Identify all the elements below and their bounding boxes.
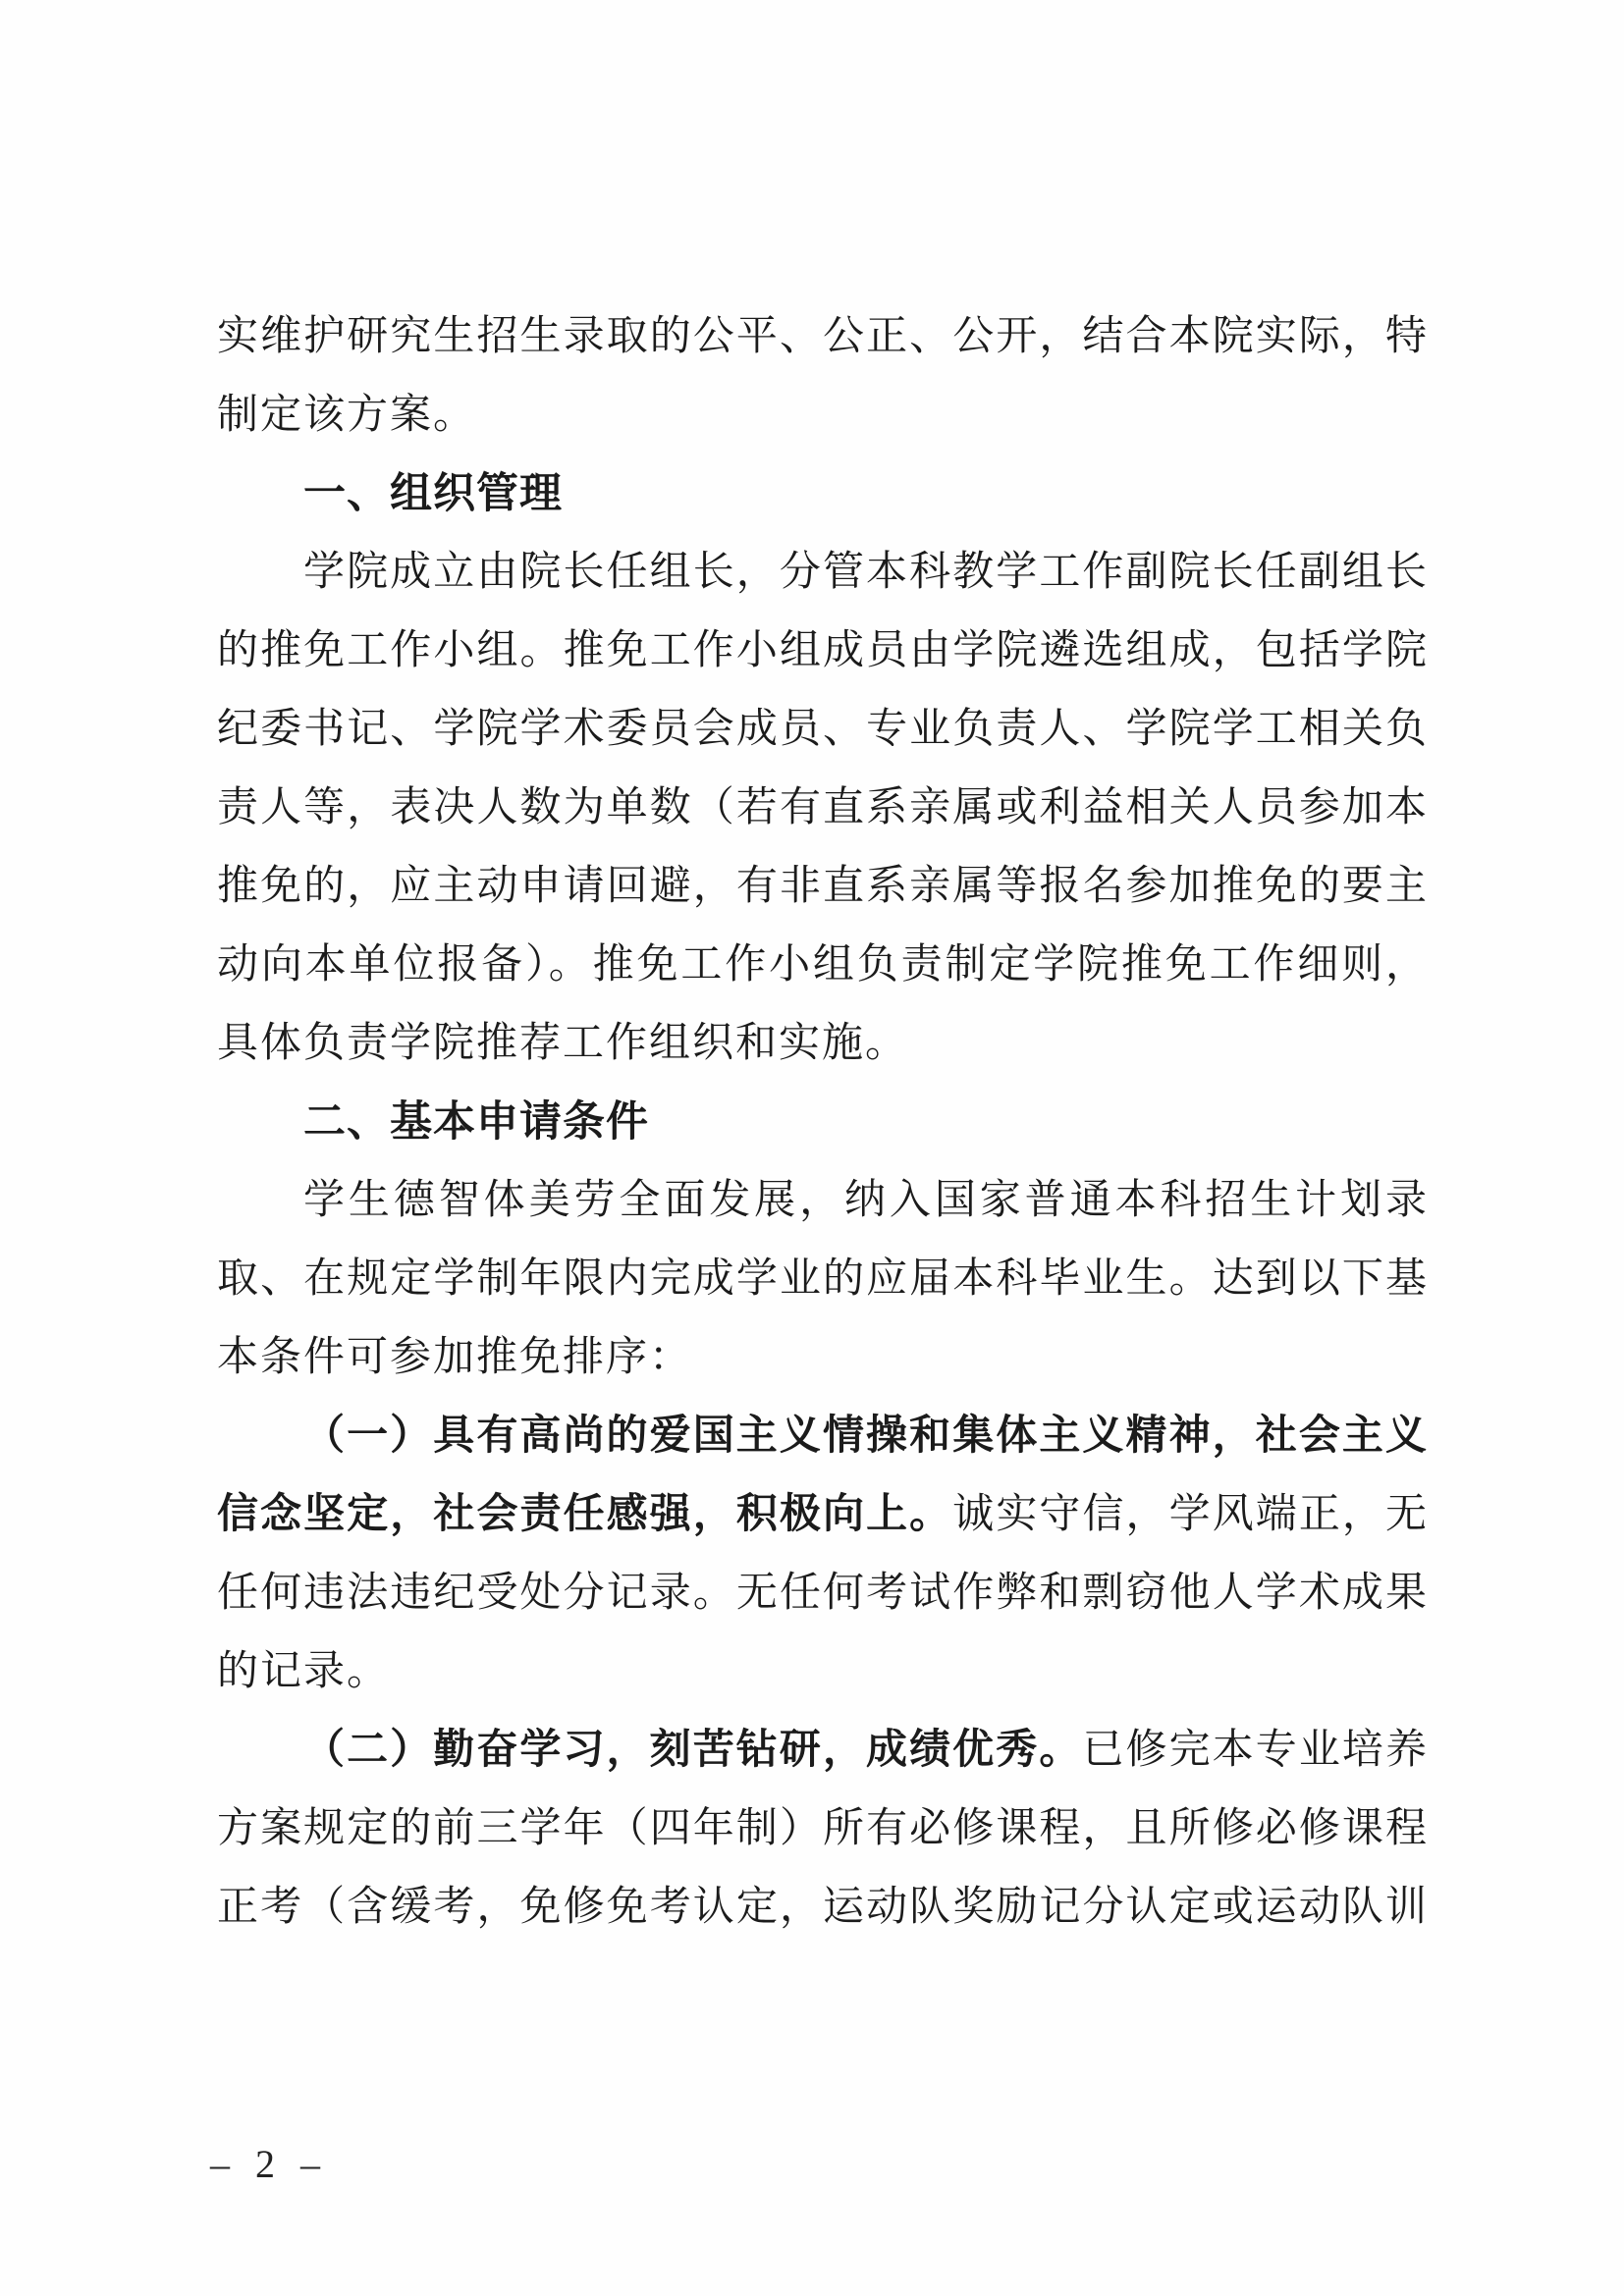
document-body: 实维护研究生招生录取的公平、公正、公开，结合本院实际，特 制定该方案。 一、组织… — [217, 297, 1427, 1947]
body-line-07-text: 责人等，表决人数为单数（若有直系亲属或利益相关人员参加本 — [217, 785, 1427, 830]
body-line-19-text: 已修完本专业培养 — [1082, 1728, 1427, 1773]
body-line-12-text: 学生德智体美劳全面发展，纳入国家普通本科招生计划录 — [303, 1178, 1427, 1223]
body-line-05: 的推免工作小组。推免工作小组成员由学院遴选组成，包括学院 — [217, 612, 1427, 690]
body-line-10-text: 具体负责学院推荐工作组织和实施。 — [217, 1021, 908, 1066]
section-heading-2-text: 二、基本申请条件 — [303, 1098, 649, 1146]
body-line-19-bold-text: （二）勤奋学习，刻苦钻研，成绩优秀。 — [303, 1728, 1082, 1773]
body-line-17: 任何违法违纪受处分记录。无任何考试作弊和剽窃他人学术成果 — [217, 1554, 1427, 1632]
body-line-14-text: 本条件可参加推免排序： — [217, 1335, 692, 1380]
body-line-10: 具体负责学院推荐工作组织和实施。 — [217, 1004, 1427, 1083]
body-line-09: 动向本单位报备）。推免工作小组负责制定学院推免工作细则， — [217, 926, 1427, 1004]
body-line-17-text: 任何违法违纪受处分记录。无任何考试作弊和剽窃他人学术成果 — [217, 1571, 1427, 1616]
section-heading-1-text: 一、组织管理 — [303, 470, 563, 517]
body-line-13: 取、在规定学制年限内完成学业的应届本科毕业生。达到以下基 — [217, 1240, 1427, 1318]
body-line-02-text: 制定该方案。 — [217, 393, 476, 438]
body-line-06-text: 纪委书记、学院学术委员会成员、专业负责人、学院学工相关负 — [217, 707, 1427, 752]
body-line-16-text: 诚实守信，学风端正，无 — [952, 1492, 1427, 1537]
body-line-21: 正考（含缓考，免修免考认定，运动队奖励记分认定或运动队训 — [217, 1868, 1427, 1947]
body-line-08: 推免的，应主动申请回避，有非直系亲属等报名参加推免的要主 — [217, 847, 1427, 926]
body-line-18-text: 的记录。 — [217, 1649, 390, 1694]
body-line-16-bold-text: 信念坚定，社会责任感强，积极向上。 — [217, 1492, 952, 1537]
section-heading-2: 二、基本申请条件 — [217, 1083, 1427, 1161]
body-line-20-text: 方案规定的前三学年（四年制）所有必修课程，且所修必修课程 — [217, 1806, 1427, 1851]
body-line-09-text: 动向本单位报备）。推免工作小组负责制定学院推免工作细则， — [217, 942, 1427, 988]
body-line-01: 实维护研究生招生录取的公平、公正、公开，结合本院实际，特 — [217, 297, 1427, 376]
body-line-04-text: 学院成立由院长任组长，分管本科教学工作副院长任副组长 — [303, 550, 1427, 595]
body-line-02: 制定该方案。 — [217, 376, 1427, 454]
body-line-19: （二）勤奋学习，刻苦钻研，成绩优秀。已修完本专业培养 — [217, 1711, 1427, 1789]
body-line-15-bold-text: （一）具有高尚的爱国主义情操和集体主义精神，社会主义 — [303, 1414, 1427, 1459]
body-line-04: 学院成立由院长任组长，分管本科教学工作副院长任副组长 — [217, 533, 1427, 612]
body-line-14: 本条件可参加推免排序： — [217, 1318, 1427, 1397]
body-line-16: 信念坚定，社会责任感强，积极向上。诚实守信，学风端正，无 — [217, 1475, 1427, 1554]
page-number: – 2 – — [210, 2125, 328, 2204]
body-line-08-text: 推免的，应主动申请回避，有非直系亲属等报名参加推免的要主 — [217, 864, 1427, 909]
document-page: 实维护研究生招生录取的公平、公正、公开，结合本院实际，特 制定该方案。 一、组织… — [0, 0, 1624, 2296]
body-line-05-text: 的推免工作小组。推免工作小组成员由学院遴选组成，包括学院 — [217, 628, 1427, 673]
body-line-01-text: 实维护研究生招生录取的公平、公正、公开，结合本院实际，特 — [217, 314, 1427, 359]
body-line-13-text: 取、在规定学制年限内完成学业的应届本科毕业生。达到以下基 — [217, 1256, 1427, 1302]
body-line-15: （一）具有高尚的爱国主义情操和集体主义精神，社会主义 — [217, 1397, 1427, 1475]
body-line-21-text: 正考（含缓考，免修免考认定，运动队奖励记分认定或运动队训 — [217, 1885, 1427, 1930]
body-line-07: 责人等，表决人数为单数（若有直系亲属或利益相关人员参加本 — [217, 769, 1427, 847]
body-line-12: 学生德智体美劳全面发展，纳入国家普通本科招生计划录 — [217, 1161, 1427, 1240]
body-line-20: 方案规定的前三学年（四年制）所有必修课程，且所修必修课程 — [217, 1789, 1427, 1868]
body-line-06: 纪委书记、学院学术委员会成员、专业负责人、学院学工相关负 — [217, 690, 1427, 769]
section-heading-1: 一、组织管理 — [217, 454, 1427, 533]
body-line-18: 的记录。 — [217, 1632, 1427, 1711]
